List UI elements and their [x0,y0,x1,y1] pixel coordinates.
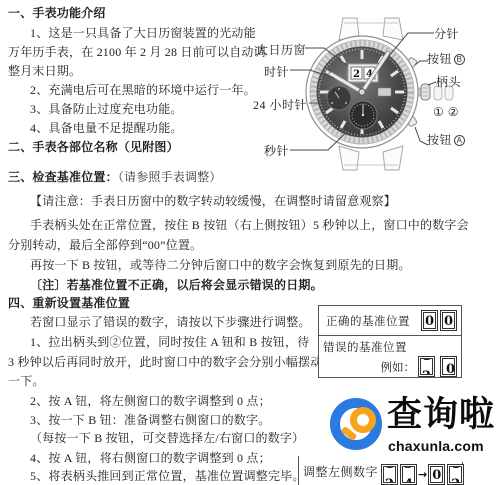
wrong-position-row: 错误的基准位置 例如： 1 2 0 [319,336,461,377]
text-line: 3、按一下 B 钮：准备调整右侧窗口的数字。 [30,412,270,428]
arrow-icon: → [418,468,427,481]
watch-diagram: 2 4 [252,8,500,180]
text-line: 3 秒钟以后再同时放开，此时窗口中的数字会分别小幅摆动 [8,354,322,370]
document-page: 一、手表功能介绍1、这是一只具备了大日历窗装置的光动能万年历手表，在 2100 … [0,0,500,485]
correct-digit-window-right: 0 [440,310,457,331]
adjust-figure-border-left [298,456,299,485]
correct-digit-window-left: 0 [421,310,438,331]
correct-position-label: 正确的基准位置 [326,313,421,329]
text-line: 〔注〕若基准位置不正确，以后将会显示错误的日期。 [30,277,323,293]
text-line: 2、充满电后可在黑暗的环境中运行一年。 [30,82,256,98]
adjust-window-3: 0 [428,464,445,485]
watermark-domain: chaxunla.com [388,438,484,454]
minute-hand-label: 分针 [434,25,459,42]
adjust-window-2: 3 4 [400,464,417,485]
text-line: 二、手表各部位名称（见附图） [8,139,179,155]
crown-label: 柄头 [436,73,461,90]
big-date-window-label: 大日历窗 [256,41,306,58]
text-line: （每按一下 B 按钮，可交替选择左/右窗口的数字） [30,430,304,446]
hand-24hour-label: 24 小时针 [253,96,307,113]
wrong-position-label: 错误的基准位置 [323,339,457,355]
adjust-figure-windows: 1 2 3 4 → 0 1 2 [381,464,464,485]
correct-position-row: 正确的基准位置 0 0 [319,306,461,336]
hour-hand-label: 时针 [264,63,289,80]
text-line: 四、重新设置基准位置 [8,295,130,311]
chaxunla-logo-icon [330,398,382,450]
subdial-seconds [349,101,377,129]
text-line: 3、具备防止过度充电功能。 [30,101,183,117]
text-line: 1、拉出柄头到②位置，同时按住 A 钮和 B 按钮，待 [30,334,309,350]
text-line: 万年历手表，在 2100 年 2 月 28 日前可以自动调 [8,44,266,60]
second-hand-label: 秒针 [264,142,289,159]
text-line: 若窗口显示了错误的数字，请按以下步骤进行调整。 [30,314,311,330]
dial-brand-plate [378,88,391,96]
wrong-digit-window-left: 1 2 [418,356,435,377]
text-line: 手表柄头处在正常位置，按住 B 按钮（右上侧按钮）5 秒钟以上，窗口中的数字会 [30,217,469,233]
date-digit-left: 2 [353,69,360,80]
text-line: 一下。 [8,373,45,389]
adjust-window-1: 1 2 [381,464,398,485]
text-line: 【请注意：手表日历窗中的数字转动较缓慢，在调整时请留意观察】 [30,193,396,209]
button-a-label: 按钮A [427,131,465,148]
example-label: 例如： [381,359,416,375]
magnifier-glass-icon [350,407,376,433]
reference-position-box: 正确的基准位置 0 0 错误的基准位置 例如： 1 2 0 [318,305,462,378]
text-line: 2、按 A 钮，将左侧窗口的数字调整到 0 点； [30,393,271,409]
adjust-left-digit-label: 调整左侧数字 [303,463,378,480]
button-b-label: 按钮B [427,50,465,67]
chaxunla-watermark: 查询啦 chaxunla.com [328,393,500,462]
text-line: 一、手表功能介绍 [8,5,106,21]
subdial-24hour [327,86,351,110]
text-line: 1、这是一只具备了大日历窗装置的光动能 [30,25,256,41]
text-line: 5、将表柄头推回到正常位置，基准位置调整完毕。 [30,468,305,484]
text-line: 整月末日期。 [8,63,81,79]
crown [417,84,430,100]
watermark-brand: 查询啦 [387,391,495,439]
text-line: 分别转动，最后全部停到“00”位置。 [8,237,202,253]
hands-center-cap [359,89,365,95]
text-line: 4、按 A 钮，将右侧窗口的数字调整到 0 点； [30,450,271,466]
adjust-window-4: 1 2 [447,464,464,485]
crown-positions-label: ① ② [433,105,459,120]
wrong-digit-window-right: 0 [440,356,457,377]
text-line: 再按一下 B 按钮，或等待二分钟后窗口中的数字会恢复到原先的日期。 [30,257,411,273]
text-line: 4、具备电量不足提醒功能。 [30,120,183,136]
text-line: 三、检查基准位置：（请参照手表调整） [8,169,222,185]
